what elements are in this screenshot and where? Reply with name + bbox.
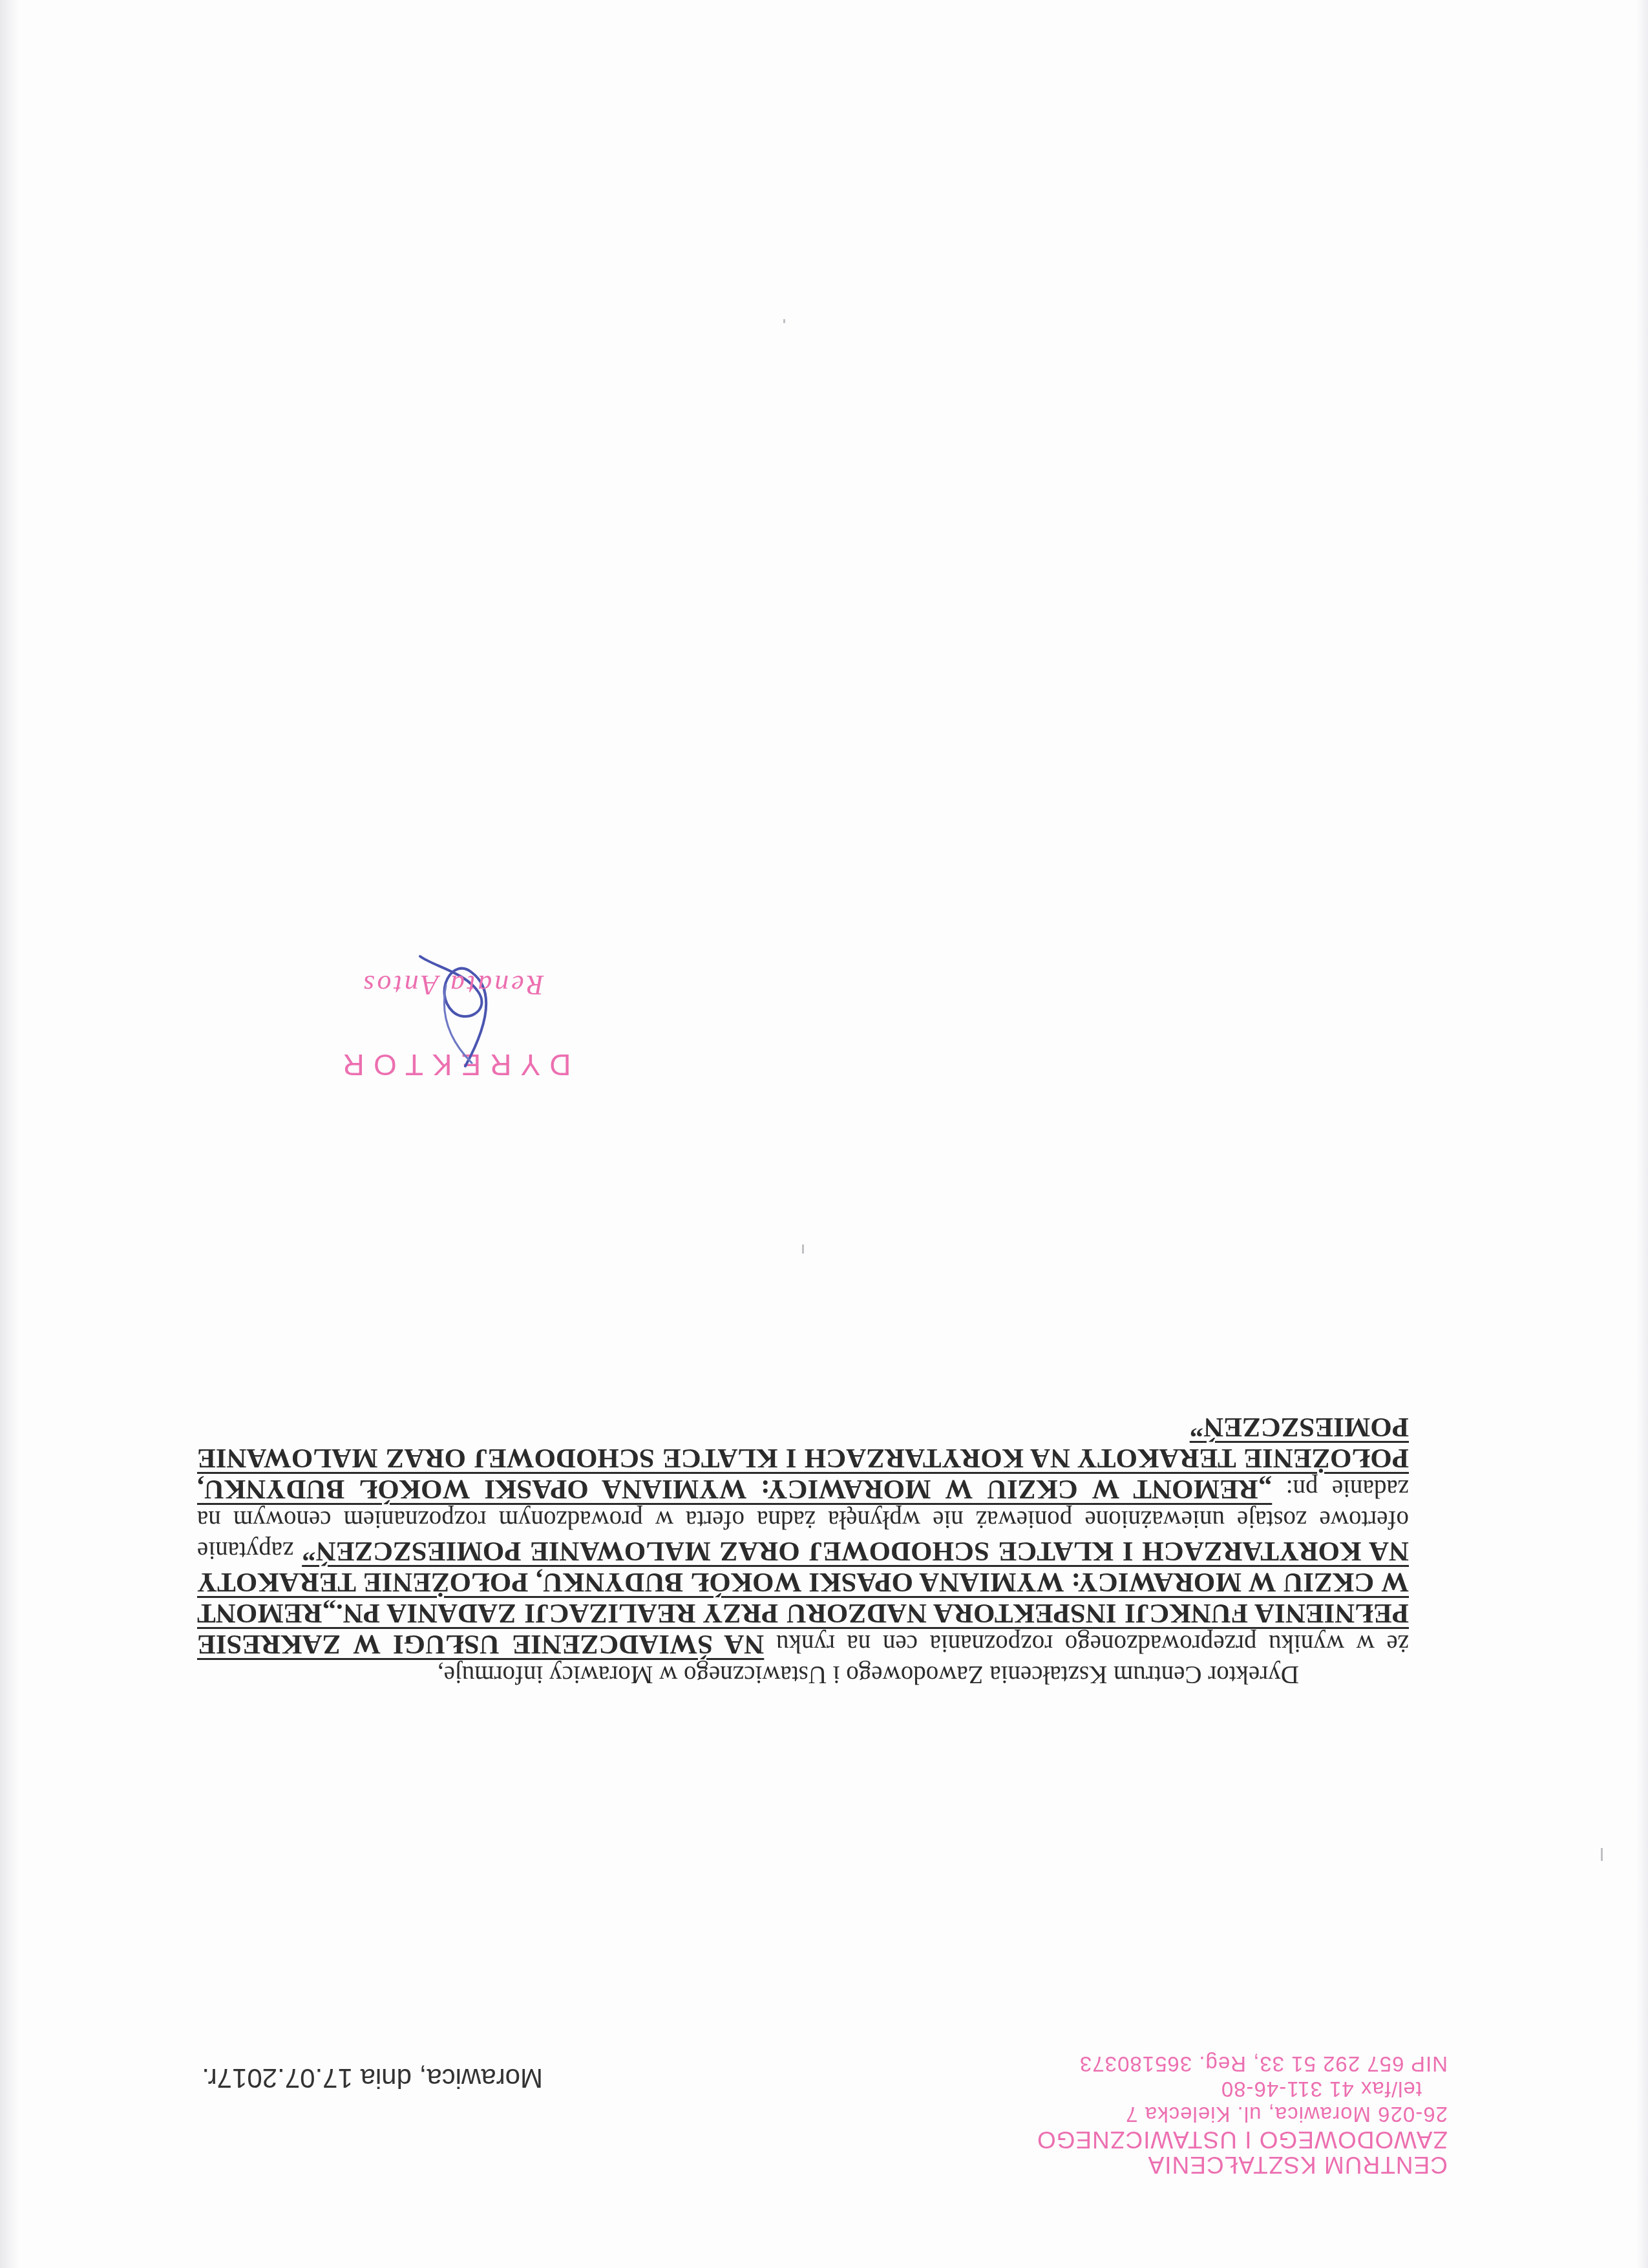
stamp-line: ZAWODOWEGO I USTAWICZNEGO <box>1086 2127 1448 2152</box>
document-body: Dyrektor Centrum Kształcenia Zawodowego … <box>197 1411 1409 1690</box>
place-and-date: Morawica, dnia 17.07.2017r. <box>202 2063 543 2094</box>
stamp-line: NIP 657 292 51 33, Reg. 365180373 <box>1086 2052 1448 2077</box>
main-paragraph: że w wyniku przeprowadzonego rozpoznania… <box>197 1411 1409 1659</box>
scan-edge <box>0 0 19 2268</box>
institution-stamp: CENTRUM KSZTAŁCENIA ZAWODOWEGO I USTAWIC… <box>1086 2052 1448 2178</box>
stamp-line: 26-026 Morawica, ul. Kielecka 7 <box>1086 2102 1448 2127</box>
signature-stamp: DYREKTOR Renata Antos <box>297 927 607 1082</box>
scan-speck <box>802 1244 804 1254</box>
scanned-page: CENTRUM KSZTAŁCENIA ZAWODOWEGO I USTAWIC… <box>0 0 1648 2268</box>
scan-speck <box>783 319 785 323</box>
stamp-line: CENTRUM KSZTAŁCENIA <box>1086 2152 1448 2178</box>
scan-edge <box>1636 0 1648 2268</box>
task-title: „REMONT W CKZiU W MORAWICY: WYMIANA OPAS… <box>197 1412 1409 1504</box>
stamp-line: tel/fax 41 311-46-80 <box>1086 2077 1448 2102</box>
intro-paragraph: Dyrektor Centrum Kształcenia Zawodowego … <box>197 1659 1409 1690</box>
paragraph-text: że w wyniku przeprowadzonego rozpoznania… <box>776 1630 1409 1657</box>
signer-name: Renata Antos <box>323 969 582 1002</box>
scan-speck <box>1601 1848 1603 1861</box>
